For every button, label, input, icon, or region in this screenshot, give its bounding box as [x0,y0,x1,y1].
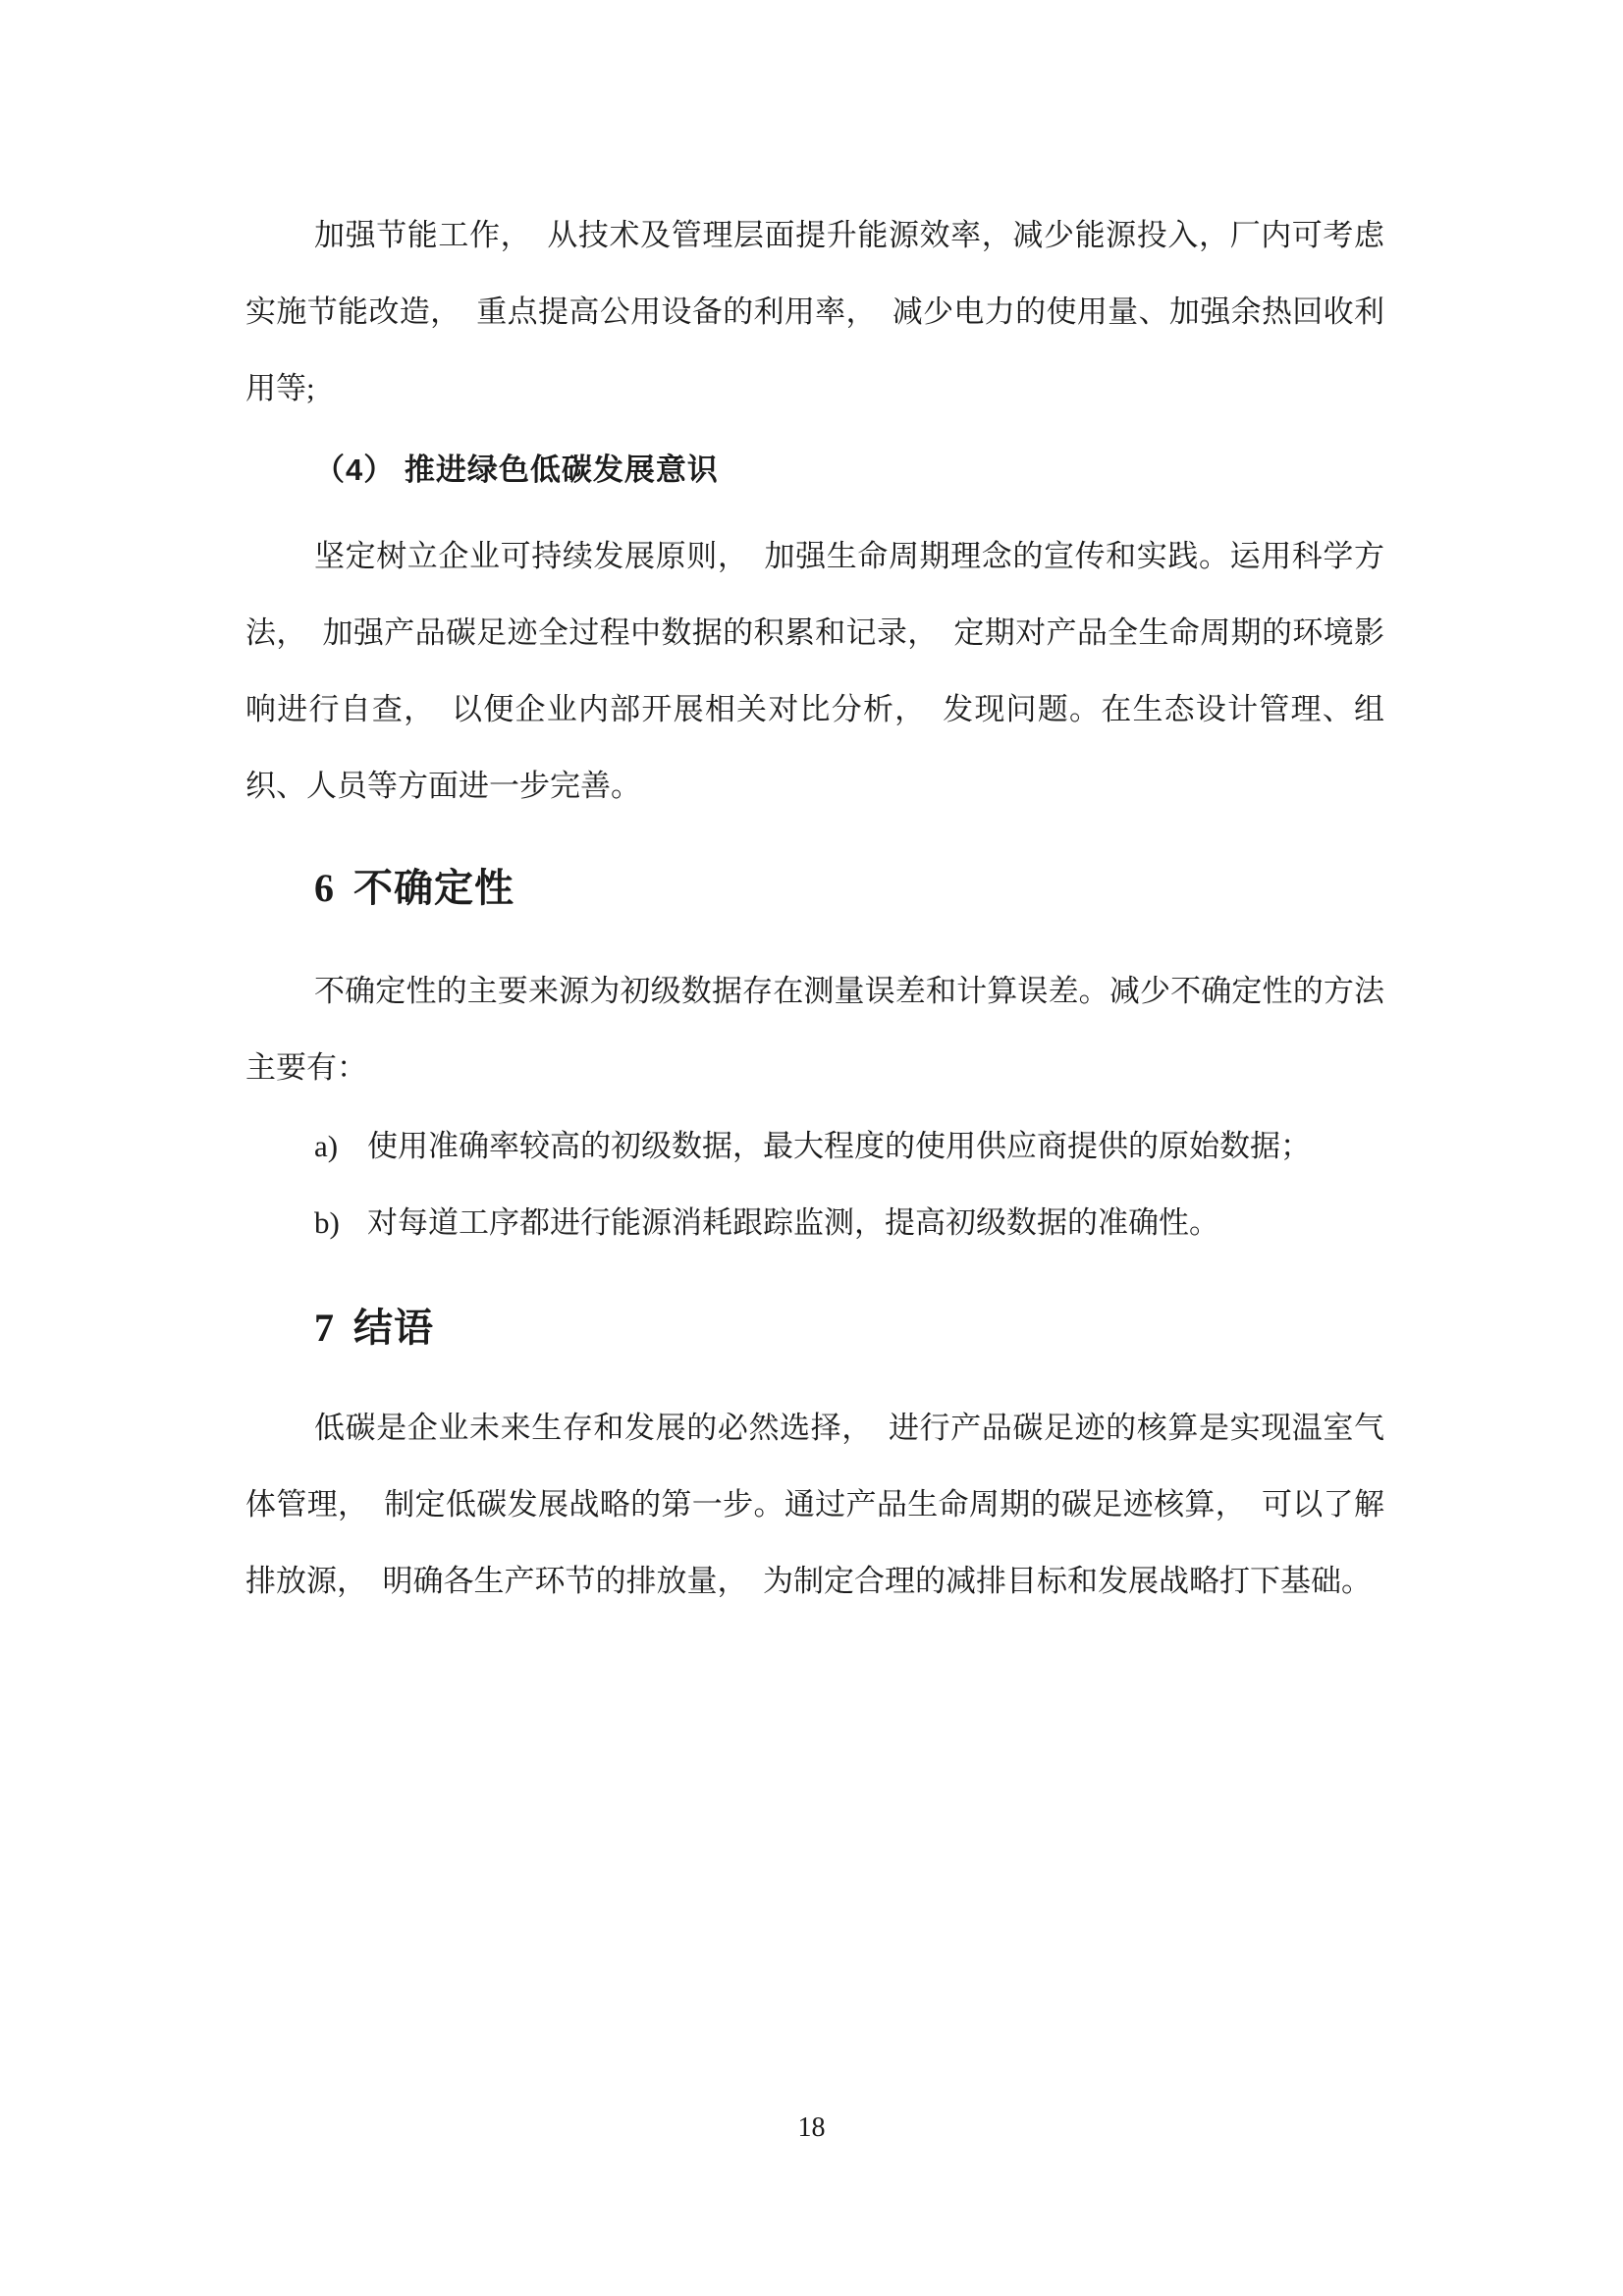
heading-conclusion: 7结语 [245,1294,1384,1362]
heading-green-low-carbon: （4） 推进绿色低碳发展意识 [245,441,1384,500]
heading-conclusion-text: 结语 [353,1307,434,1350]
page-content: 加强节能工作， 从技术及管理层面提升能源效率，减少能源投入，厂内可考虑实施节能改… [245,197,1384,1620]
heading-uncertainty-text: 不确定性 [353,867,514,910]
list-item-a: a)使用准确率较高的初级数据，最大程度的使用供应商提供的原始数据； [245,1108,1384,1185]
list-item-b: b)对每道工序都进行能源消耗跟踪监测，提高初级数据的准确性。 [245,1185,1384,1261]
heading-uncertainty: 6不确定性 [245,854,1384,923]
list-item-a-label: a) [314,1108,344,1185]
list-item-b-label: b) [314,1185,344,1261]
document-page: 加强节能工作， 从技术及管理层面提升能源效率，减少能源投入，厂内可考虑实施节能改… [0,0,1623,2296]
list-item-a-text: 使用准确率较高的初级数据，最大程度的使用供应商提供的原始数据； [367,1129,1311,1163]
paragraph-conclusion: 低碳是企业未来生存和发展的必然选择， 进行产品碳足迹的核算是实现温室气体管理， … [245,1390,1384,1620]
page-number: 18 [0,2109,1623,2148]
heading-conclusion-number: 7 [314,1306,334,1350]
list-item-b-text: 对每道工序都进行能源消耗跟踪监测，提高初级数据的准确性。 [367,1205,1219,1240]
paragraph-green-development: 坚定树立企业可持续发展原则， 加强生命周期理念的宣传和实践。运用科学方法， 加强… [245,518,1384,825]
heading-uncertainty-number: 6 [314,866,334,910]
paragraph-energy-saving: 加强节能工作， 从技术及管理层面提升能源效率，减少能源投入，厂内可考虑实施节能改… [245,197,1384,427]
paragraph-uncertainty-sources: 不确定性的主要来源为初级数据存在测量误差和计算误差。减少不确定性的方法主要有： [245,953,1384,1106]
